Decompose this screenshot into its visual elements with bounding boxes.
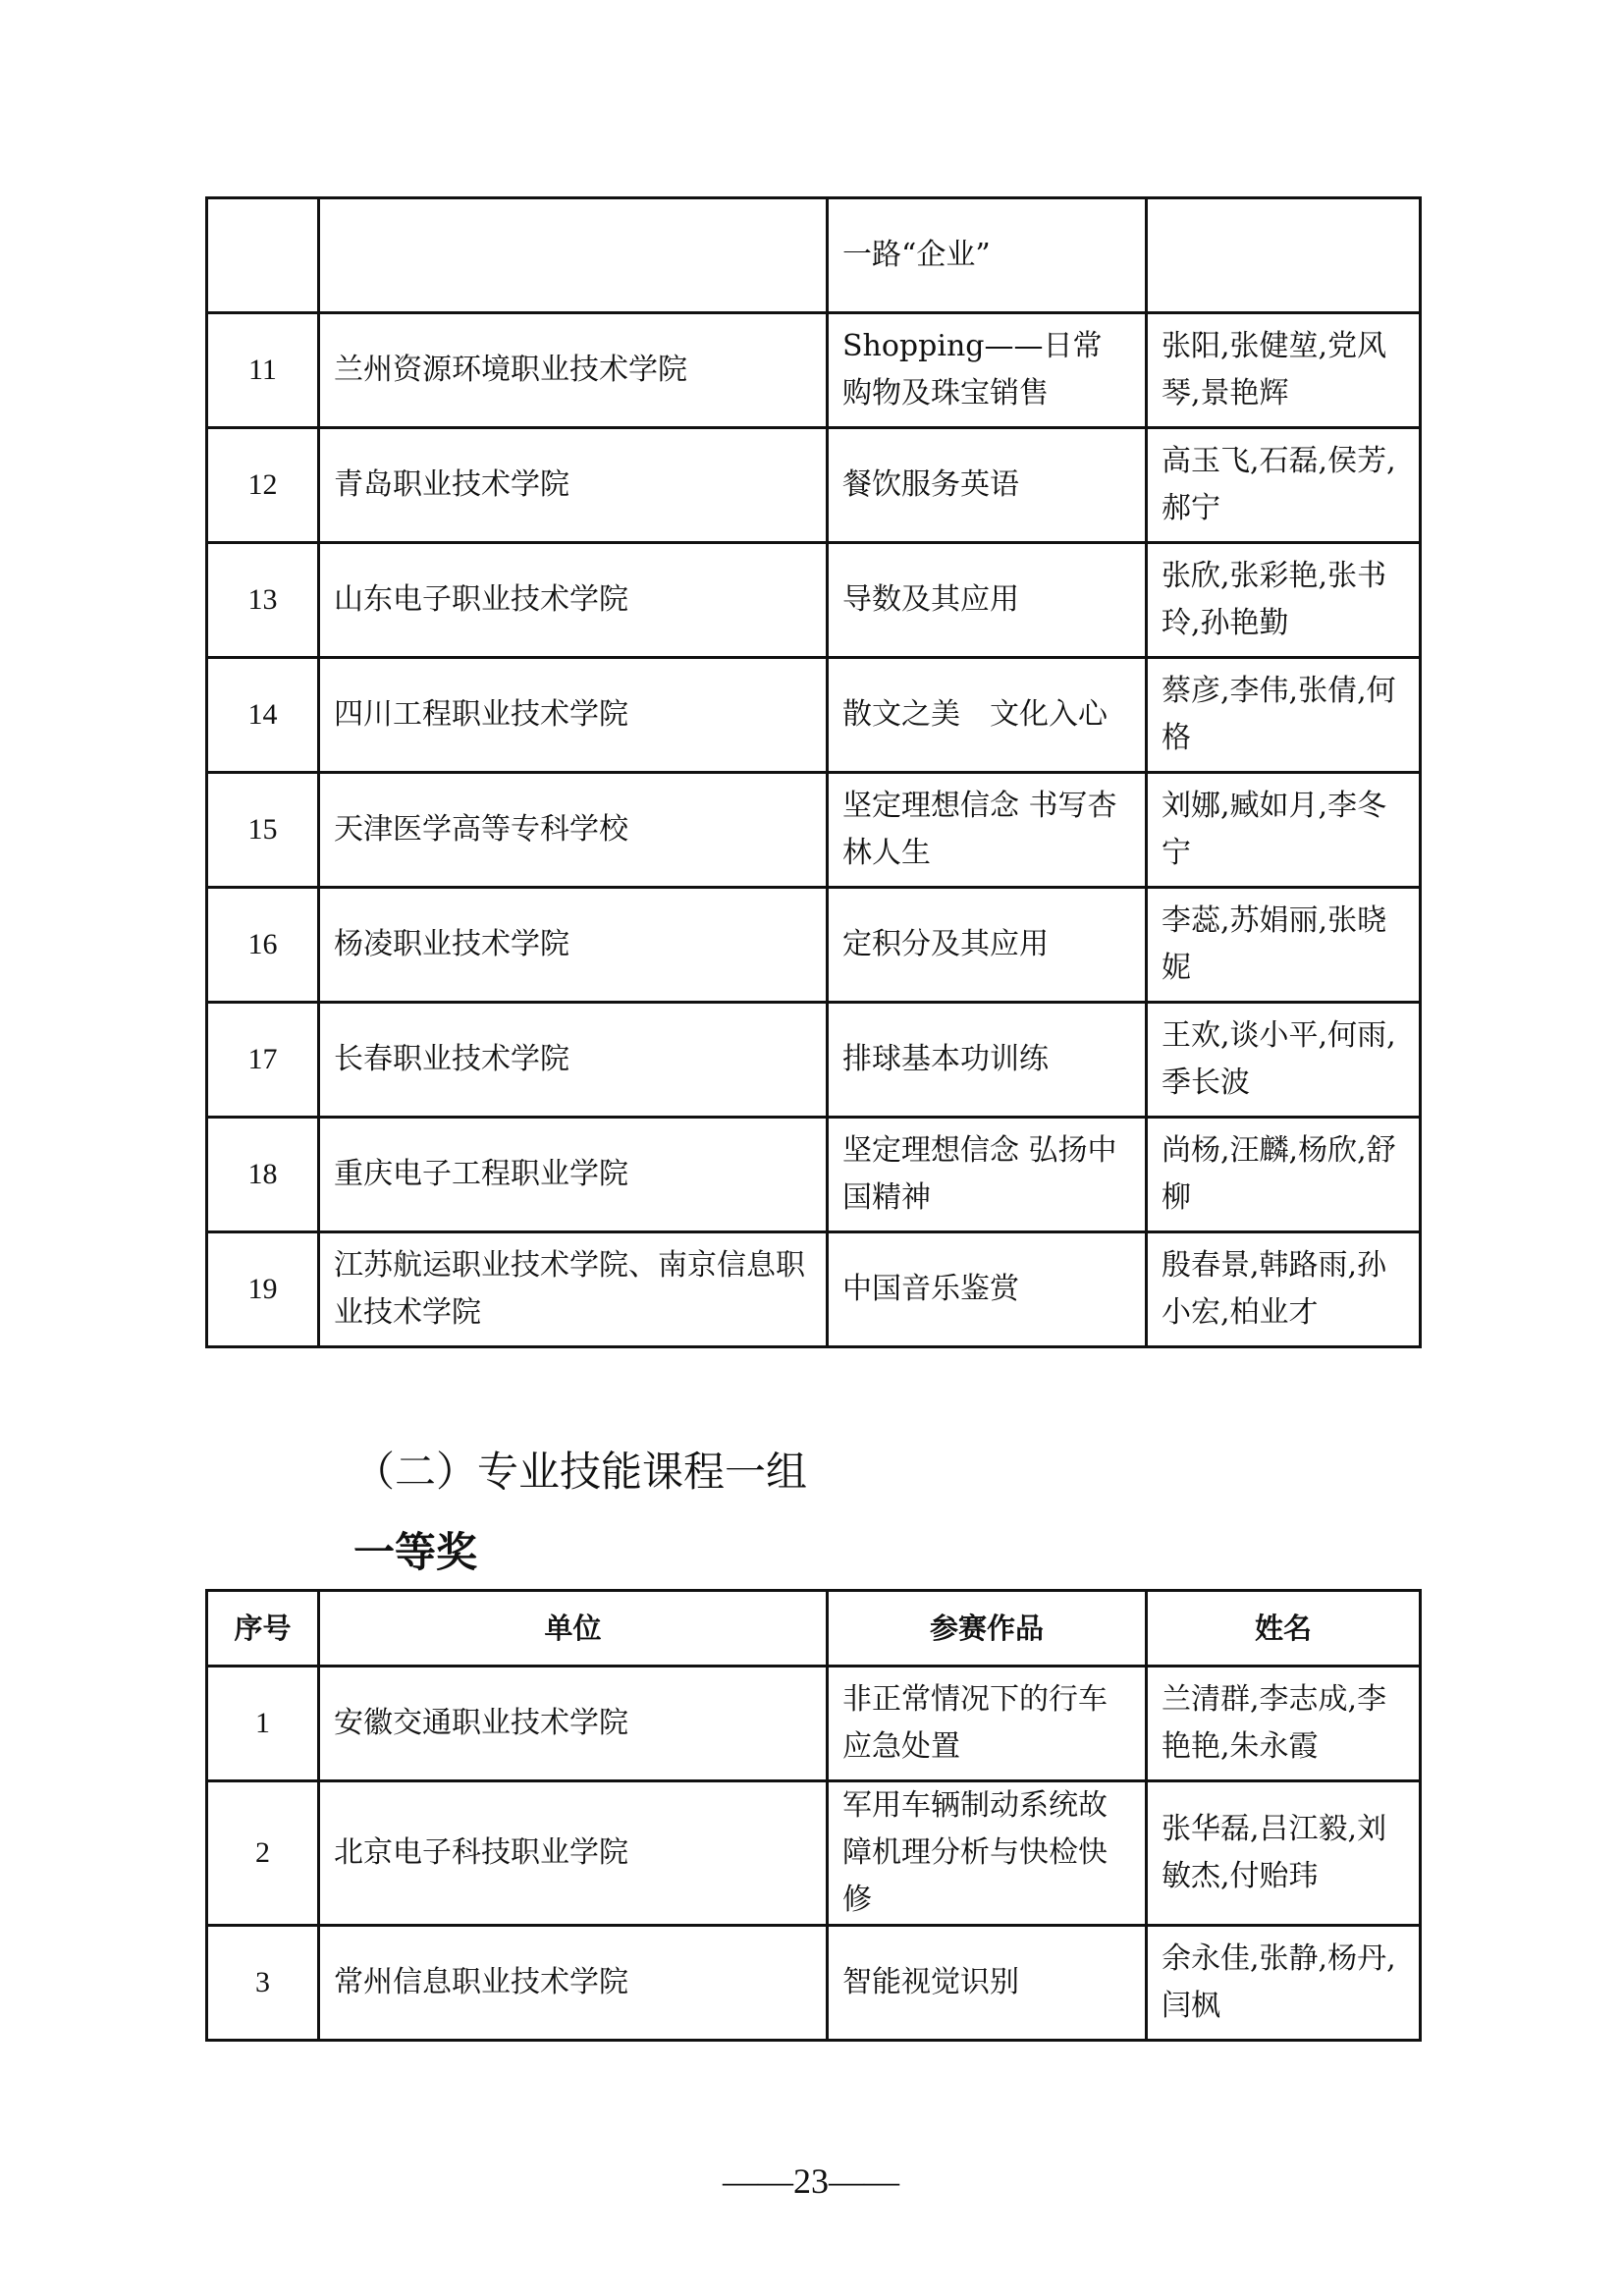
table-row: 19 江苏航运职业技术学院、南京信息职业技术学院 中国音乐鉴赏 殷春景,韩路雨,… <box>207 1232 1421 1347</box>
names-cell: 张华磊,吕江毅,刘敏杰,付贻玮 <box>1147 1781 1421 1926</box>
table-row: 12 青岛职业技术学院 餐饮服务英语 高玉飞,石磊,侯芳,郝宁 <box>207 428 1421 543</box>
unit-cell: 山东电子职业技术学院 <box>319 543 828 658</box>
row-number: 3 <box>207 1926 319 2041</box>
unit-cell: 常州信息职业技术学院 <box>319 1926 828 2041</box>
names-cell: 高玉飞,石磊,侯芳,郝宁 <box>1147 428 1421 543</box>
unit-cell: 青岛职业技术学院 <box>319 428 828 543</box>
names-cell: 张欣,张彩艳,张书玲,孙艳勤 <box>1147 543 1421 658</box>
work-cell: 军用车辆制动系统故障机理分析与快检快修 <box>828 1781 1147 1926</box>
row-number: 14 <box>207 658 319 773</box>
table-row: 17 长春职业技术学院 排球基本功训练 王欢,谈小平,何雨,季长波 <box>207 1003 1421 1118</box>
table-header-row: 序号 单位 参赛作品 姓名 <box>207 1591 1421 1667</box>
work-cell: Shopping——日常购物及珠宝销售 <box>828 313 1147 428</box>
row-number: 18 <box>207 1118 319 1232</box>
names-cell: 王欢,谈小平,何雨,季长波 <box>1147 1003 1421 1118</box>
table-row: 15 天津医学高等专科学校 坚定理想信念 书写杏林人生 刘娜,臧如月,李冬宁 <box>207 773 1421 888</box>
work-cell: 坚定理想信念 弘扬中国精神 <box>828 1118 1147 1232</box>
table-row: 11 兰州资源环境职业技术学院 Shopping——日常购物及珠宝销售 张阳,张… <box>207 313 1421 428</box>
unit-cell: 长春职业技术学院 <box>319 1003 828 1118</box>
page-number: ——23—— <box>0 2160 1622 2202</box>
work-cell: 定积分及其应用 <box>828 888 1147 1003</box>
work-cell: 非正常情况下的行车应急处置 <box>828 1667 1147 1781</box>
unit-cell: 重庆电子工程职业学院 <box>319 1118 828 1232</box>
names-cell: 殷春景,韩路雨,孙小宏,柏业才 <box>1147 1232 1421 1347</box>
names-cell: 刘娜,臧如月,李冬宁 <box>1147 773 1421 888</box>
unit-cell: 天津医学高等专科学校 <box>319 773 828 888</box>
award-table-first-prize: 序号 单位 参赛作品 姓名 1 安徽交通职业技术学院 非正常情况下的行车应急处置… <box>205 1589 1422 2042</box>
award-table-continued: 一路“企业” 11 兰州资源环境职业技术学院 Shopping——日常购物及珠宝… <box>205 196 1422 1348</box>
work-cell: 中国音乐鉴赏 <box>828 1232 1147 1347</box>
table-row: 3 常州信息职业技术学院 智能视觉识别 余永佳,张静,杨丹,闫枫 <box>207 1926 1421 2041</box>
names-cell: 李蕊,苏娟丽,张晓妮 <box>1147 888 1421 1003</box>
row-number: 17 <box>207 1003 319 1118</box>
unit-cell: 安徽交通职业技术学院 <box>319 1667 828 1781</box>
work-cell: 导数及其应用 <box>828 543 1147 658</box>
work-cell: 散文之美 文化入心 <box>828 658 1147 773</box>
work-cell: 坚定理想信念 书写杏林人生 <box>828 773 1147 888</box>
header-work: 参赛作品 <box>828 1591 1147 1667</box>
table-row: 16 杨凌职业技术学院 定积分及其应用 李蕊,苏娟丽,张晓妮 <box>207 888 1421 1003</box>
unit-cell: 杨凌职业技术学院 <box>319 888 828 1003</box>
names-cell <box>1147 198 1421 313</box>
unit-cell <box>319 198 828 313</box>
row-number: 15 <box>207 773 319 888</box>
header-names: 姓名 <box>1147 1591 1421 1667</box>
section-title: （二）专业技能课程一组 <box>353 1440 807 1499</box>
header-number: 序号 <box>207 1591 319 1667</box>
work-cell: 排球基本功训练 <box>828 1003 1147 1118</box>
row-number: 12 <box>207 428 319 543</box>
table-row: 2 北京电子科技职业学院 军用车辆制动系统故障机理分析与快检快修 张华磊,吕江毅… <box>207 1781 1421 1926</box>
names-cell: 尚杨,汪麟,杨欣,舒柳 <box>1147 1118 1421 1232</box>
award-level-heading: 一等奖 <box>353 1520 477 1579</box>
header-unit: 单位 <box>319 1591 828 1667</box>
table-row: 一路“企业” <box>207 198 1421 313</box>
row-number: 11 <box>207 313 319 428</box>
work-cell: 餐饮服务英语 <box>828 428 1147 543</box>
work-cell: 智能视觉识别 <box>828 1926 1147 2041</box>
unit-cell: 四川工程职业技术学院 <box>319 658 828 773</box>
table-row: 14 四川工程职业技术学院 散文之美 文化入心 蔡彦,李伟,张倩,何格 <box>207 658 1421 773</box>
row-number: 16 <box>207 888 319 1003</box>
names-cell: 兰清群,李志成,李艳艳,朱永霞 <box>1147 1667 1421 1781</box>
names-cell: 张阳,张健堃,党风琴,景艳辉 <box>1147 313 1421 428</box>
row-number: 19 <box>207 1232 319 1347</box>
table-row: 1 安徽交通职业技术学院 非正常情况下的行车应急处置 兰清群,李志成,李艳艳,朱… <box>207 1667 1421 1781</box>
row-number: 1 <box>207 1667 319 1781</box>
row-number: 13 <box>207 543 319 658</box>
work-cell: 一路“企业” <box>828 198 1147 313</box>
table-row: 13 山东电子职业技术学院 导数及其应用 张欣,张彩艳,张书玲,孙艳勤 <box>207 543 1421 658</box>
table-row: 18 重庆电子工程职业学院 坚定理想信念 弘扬中国精神 尚杨,汪麟,杨欣,舒柳 <box>207 1118 1421 1232</box>
names-cell: 余永佳,张静,杨丹,闫枫 <box>1147 1926 1421 2041</box>
unit-cell: 兰州资源环境职业技术学院 <box>319 313 828 428</box>
row-number <box>207 198 319 313</box>
row-number: 2 <box>207 1781 319 1926</box>
unit-cell: 江苏航运职业技术学院、南京信息职业技术学院 <box>319 1232 828 1347</box>
names-cell: 蔡彦,李伟,张倩,何格 <box>1147 658 1421 773</box>
unit-cell: 北京电子科技职业学院 <box>319 1781 828 1926</box>
